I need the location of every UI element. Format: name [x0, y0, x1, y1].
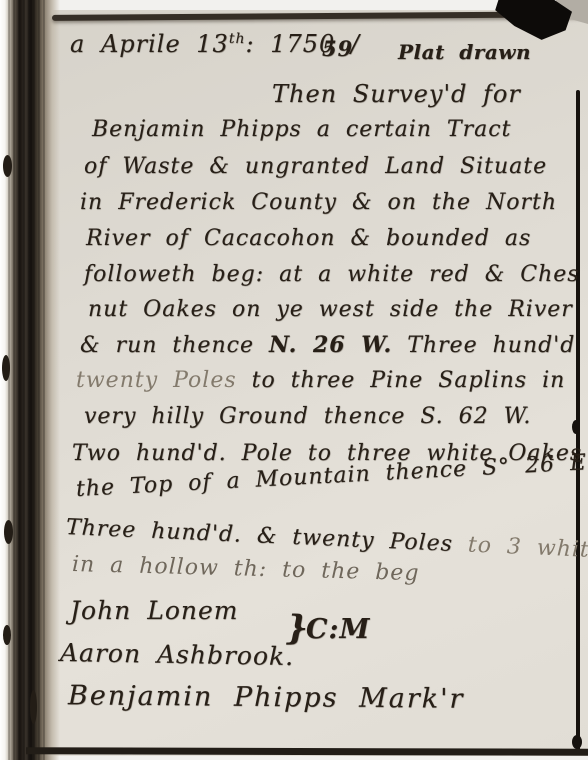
manuscript-line: in Frederick County & on the North — [80, 190, 557, 215]
binding-blob — [4, 520, 13, 544]
manuscript-line: very hilly Ground thence S. 62 W. — [84, 404, 531, 429]
chainmen-label-cm: C:M — [306, 614, 370, 645]
line-lead: & run thence — [80, 333, 269, 358]
signature-chainman-1: John Lonem — [70, 596, 238, 625]
manuscript-line-surveyed-for: Then Survey'd for — [272, 80, 521, 108]
line-text: to three Pine Saplins in — [237, 368, 566, 393]
right-edge-blob — [572, 735, 582, 749]
binding-blob — [3, 625, 11, 645]
date-superscript: th — [229, 31, 246, 47]
scanned-page-photo: a Aprile 13th: 1750 / 59 Plat drawn Then… — [0, 0, 588, 760]
page-bottom-edge — [26, 747, 588, 755]
date-line: a Aprile 13th: 1750 / — [70, 30, 360, 58]
date-text: a Aprile 13 — [70, 30, 229, 58]
manuscript-line-bearing-n26w: & run thence N. 26 W. Three hund'd & — [80, 332, 588, 358]
binding-blob — [3, 155, 12, 177]
binding-streak-texture — [8, 0, 48, 760]
manuscript-line: followeth beg: at a white red & Ches — [84, 262, 580, 287]
faded-text: twenty Poles — [76, 368, 237, 393]
manuscript-line-faded-start: twenty Poles to three Pine Saplins in — [76, 368, 565, 393]
manuscript-line: Benjamin Phipps a certain Tract — [92, 117, 511, 142]
book-binding-edge — [0, 0, 60, 760]
folio-number: 59 — [322, 36, 353, 61]
signature-chainman-2: Aaron Ashbrook. — [60, 638, 295, 671]
binding-blob — [30, 690, 37, 724]
manuscript-line: of Waste & ungranted Land Situate — [84, 154, 547, 179]
manuscript-line: nut Oakes on ye west side the River — [88, 297, 573, 322]
line-tail: Three hund'd & — [392, 333, 588, 358]
plat-drawn-note: Plat drawn — [398, 40, 531, 64]
binding-blob — [2, 355, 10, 381]
manuscript-line: River of Cacacohon & bounded as — [86, 226, 531, 251]
bearing-text: N. 26 W. — [269, 332, 392, 358]
right-edge-blob — [572, 420, 580, 434]
signature-marker: Benjamin Phipps Mark'r — [68, 680, 465, 714]
